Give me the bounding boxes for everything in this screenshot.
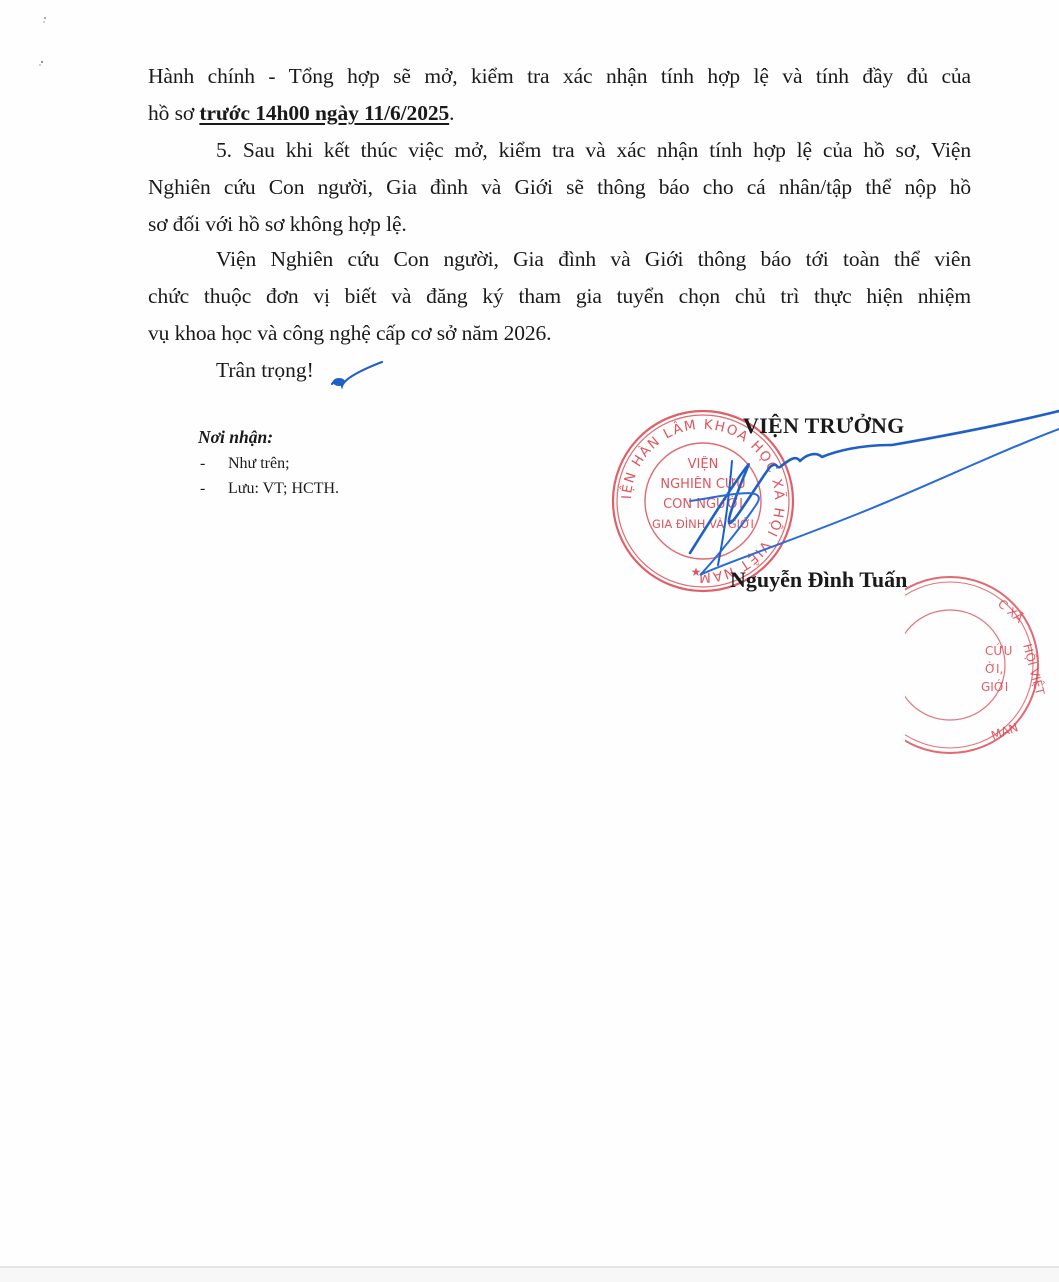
svg-text:HỘI VIỆT: HỘI VIỆT [1020, 642, 1048, 697]
recipient-item: - Lưu: VT; HCTH. [198, 476, 339, 501]
paragraph-item-5: 5. Sau khi kết thúc việc mở, kiểm tra và… [148, 132, 971, 243]
recipient-text: Lưu: VT; HCTH. [228, 476, 339, 501]
paragraph-text: Viện Nghiên cứu Con người, Gia đình và G… [216, 247, 971, 271]
paragraph-line: Viện Nghiên cứu Con người, Gia đình và G… [148, 241, 971, 278]
closing-greeting: Trân trọng! [216, 352, 314, 389]
bullet-dash: - [198, 451, 228, 476]
scan-speck-marks [30, 10, 60, 70]
partial-stamp-line: GIỚI [981, 679, 1008, 694]
signatory-name: Nguyễn Đình Tuấn [730, 567, 907, 593]
text-prefix: hồ sơ [148, 101, 199, 125]
paragraph-line: vụ khoa học và công nghệ cấp cơ sở năm 2… [148, 315, 971, 352]
paragraph-line: hồ sơ trước 14h00 ngày 11/6/2025. [148, 95, 971, 132]
svg-text:MAN: MAN [989, 720, 1020, 743]
recipient-item: - Như trên; [198, 451, 339, 476]
recipient-text: Như trên; [228, 451, 290, 476]
paragraph-line: chức thuộc đơn vị biết và đăng ký tham g… [148, 278, 971, 315]
document-page: Hành chính - Tổng hợp sẽ mở, kiểm tra xá… [0, 0, 1059, 1266]
paragraph-opening-procedure: Hành chính - Tổng hợp sẽ mở, kiểm tra xá… [148, 58, 971, 132]
recipients-block: Nơi nhận: - Như trên; - Lưu: VT; HCTH. [198, 425, 339, 501]
paragraph-notice: Viện Nghiên cứu Con người, Gia đình và G… [148, 241, 971, 352]
paragraph-line: Nghiên cứu Con người, Gia đình và Giới s… [148, 169, 971, 206]
partial-stamp: CỨU ỜI, GIỚI C XÃ HỘI VIỆT MAN [905, 575, 1059, 755]
paragraph-line: 5. Sau khi kết thúc việc mở, kiểm tra và… [148, 132, 971, 169]
partial-stamp-line: ỜI, [985, 661, 1003, 676]
deadline-text: trước 14h00 ngày 11/6/2025 [199, 101, 449, 125]
viewer-bottom-edge [0, 1266, 1059, 1282]
paragraph-text: 5. Sau khi kết thúc việc mở, kiểm tra và… [216, 138, 971, 162]
pen-tick-mark [326, 358, 386, 394]
paragraph-line: Hành chính - Tổng hợp sẽ mở, kiểm tra xá… [148, 58, 971, 95]
bullet-dash: - [198, 476, 228, 501]
text-suffix: . [449, 101, 454, 125]
paragraph-line: sơ đối với hồ sơ không hợp lệ. [148, 206, 971, 243]
partial-stamp-line: CỨU [985, 643, 1012, 658]
recipients-title: Nơi nhận: [198, 425, 339, 450]
